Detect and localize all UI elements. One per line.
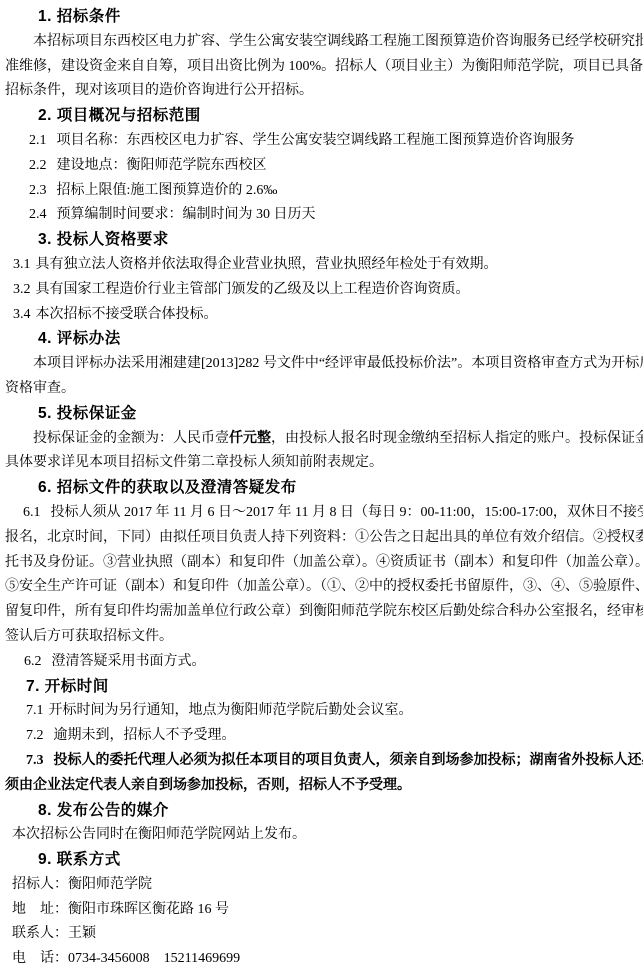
section-heading-contact-info: 9. 联系方式: [38, 848, 643, 873]
list-item: 2.3招标上限值:施工图预算造价的 2.6‰: [29, 179, 643, 204]
section-heading-announcement-media: 8. 发布公告的媒介: [38, 799, 643, 824]
contact-line-address: 地 址：衡阳市珠晖区衡花路 16 号: [12, 898, 643, 923]
item-number: 2.1: [29, 133, 47, 148]
section-heading-bidding-conditions: 1. 招标条件: [38, 5, 643, 30]
item-text: 具有独立法人资格并依法取得企业营业执照，营业执照经年检处于有效期。: [36, 257, 498, 272]
list-item: 2.4预算编制时间要求：编制时间为 30 日历天: [29, 203, 643, 228]
list-item: 3.4本次招标不接受联合体投标。: [13, 303, 643, 328]
item-number: 2.3: [29, 183, 47, 198]
contact-label: 电 话：: [12, 951, 68, 966]
section-heading-bid-deposit: 5. 投标保证金: [38, 402, 643, 427]
item-text: 具有国家工程造价行业主管部门颁发的乙级及以上工程造价咨询资质。: [36, 282, 470, 297]
item-number: 3.2: [13, 282, 31, 297]
item-number: 2.4: [29, 207, 47, 222]
evaluation-method-paragraph: 本项目评标办法采用湘建建[2013]282 号文件中“经评审最低投标价法”。本项…: [5, 352, 643, 402]
section-heading-bid-opening-time: 7. 开标时间: [26, 675, 643, 700]
section-heading-document-acquisition: 6. 招标文件的获取以及澄清答疑发布: [38, 476, 643, 501]
item-number: 2.2: [29, 158, 47, 173]
item-number: 3.1: [13, 257, 31, 272]
item-number: 6.2: [24, 654, 42, 669]
announcement-media-paragraph: 本次招标公告同时在衡阳师范学院网站上发布。: [12, 823, 643, 848]
item-text: 招标上限值:施工图预算造价的 2.6‰: [57, 183, 278, 198]
item-number: 7.3: [26, 753, 44, 768]
contact-value: 衡阳师范学院: [68, 877, 152, 892]
tender-announcement-document: 1. 招标条件 本招标项目东西校区电力扩容、学生公寓安装空调线路工程施工图预算造…: [0, 0, 643, 972]
item-number: 3.4: [13, 307, 31, 322]
contact-label: 招标人：: [12, 877, 68, 892]
contact-value: 0734-3456008 15211469699: [68, 951, 240, 966]
item-text: 开标时间为另行通知，地点为衡阳师范学院后勤处会议室。: [49, 703, 413, 718]
contact-value: 衡阳市珠晖区衡花路 16 号: [68, 902, 229, 917]
list-item: 7.3投标人的委托代理人必须为拟任本项目的项目负责人，须亲自到场参加投标；湖南省…: [5, 749, 643, 799]
section-heading-project-overview: 2. 项目概况与招标范围: [38, 104, 643, 129]
section-heading-evaluation-method: 4. 评标办法: [38, 327, 643, 352]
item-number: 7.2: [26, 728, 44, 743]
section-heading-bidder-qualifications: 3. 投标人资格要求: [38, 228, 643, 253]
contact-value: 王颖: [68, 926, 96, 941]
item-text: 澄清答疑采用书面方式。: [52, 654, 206, 669]
contact-line-person: 联系人：王颖: [12, 922, 643, 947]
item-number: 7.1: [26, 703, 44, 718]
contact-line-phone: 电 话：0734-3456008 15211469699: [12, 947, 643, 972]
list-item: 7.1开标时间为另行通知，地点为衡阳师范学院后勤处会议室。: [26, 699, 643, 724]
list-item: 3.1具有独立法人资格并依法取得企业营业执照，营业执照经年检处于有效期。: [13, 253, 643, 278]
bidding-conditions-paragraph: 本招标项目东西校区电力扩容、学生公寓安装空调线路工程施工图预算造价咨询服务已经学…: [5, 30, 643, 104]
deposit-text-prefix: 投标保证金的金额为：人民币壹: [33, 431, 229, 446]
item-text: 逾期未到，招标人不予受理。: [54, 728, 236, 743]
list-item: 2.2建设地点：衡阳师范学院东西校区: [29, 154, 643, 179]
contact-label: 地 址：: [12, 902, 68, 917]
contact-label: 联系人：: [12, 926, 68, 941]
deposit-amount-bold: 仟元整: [229, 431, 271, 446]
list-item: 2.1项目名称：东西校区电力扩容、学生公寓安装空调线路工程施工图预算造价咨询服务: [29, 129, 643, 154]
item-text: 建设地点：衡阳师范学院东西校区: [57, 158, 267, 173]
item-text: 投标人的委托代理人必须为拟任本项目的项目负责人，须亲自到场参加投标；湖南省外投标…: [5, 753, 643, 793]
contact-line-tenderer: 招标人：衡阳师范学院: [12, 873, 643, 898]
item-text: 投标人须从 2017 年 11 月 6 日～2017 年 11 月 8 日（每日…: [5, 505, 643, 644]
list-item: 7.2逾期未到，招标人不予受理。: [26, 724, 643, 749]
item-text: 本次招标不接受联合体投标。: [36, 307, 218, 322]
item-number: 6.1: [23, 505, 41, 520]
item-text: 项目名称：东西校区电力扩容、学生公寓安装空调线路工程施工图预算造价咨询服务: [57, 133, 575, 148]
list-item: 6.1投标人须从 2017 年 11 月 6 日～2017 年 11 月 8 日…: [5, 501, 643, 650]
list-item: 3.2具有国家工程造价行业主管部门颁发的乙级及以上工程造价咨询资质。: [13, 278, 643, 303]
bid-deposit-paragraph: 投标保证金的金额为：人民币壹仟元整，由投标人报名时现金缴纳至招标人指定的账户。投…: [5, 427, 643, 477]
list-item: 6.2澄清答疑采用书面方式。: [24, 650, 643, 675]
item-text: 预算编制时间要求：编制时间为 30 日历天: [57, 207, 316, 222]
